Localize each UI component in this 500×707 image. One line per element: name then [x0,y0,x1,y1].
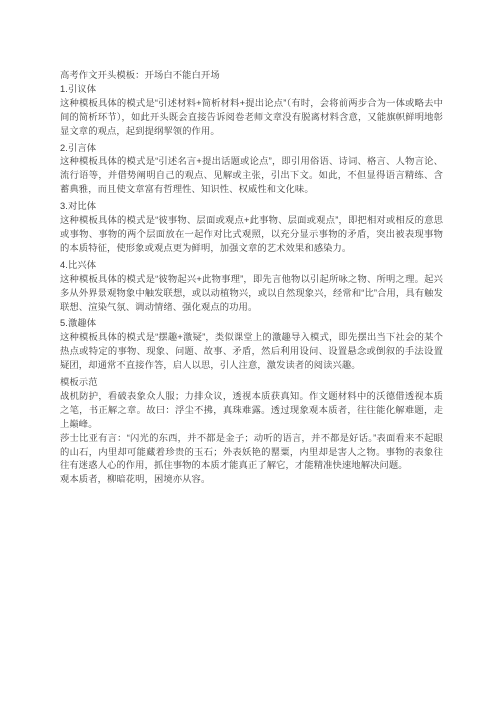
section-heading: 3.对比体 [60,200,443,214]
document-page: 高考作文开头模板：开场白不能白开场 1.引议体 这种模板具体的模式是“引述材料+… [0,0,500,707]
section-body: 这种模板具体的模式是“彼物起兴+此物事理”，即先言他物以引起所咏之物、所明之理。… [60,273,443,315]
section-body: 这种模板具体的模式是“引述名言+提出话题或论点”，即引用俗语、诗词、格言、人物言… [60,155,443,197]
section-heading: 1.引议体 [60,83,443,97]
page-title: 高考作文开头模板：开场白不能白开场 [60,69,443,83]
section-duibi: 3.对比体 这种模板具体的模式是“彼事物、层面或观点+此事物、层面或观点”，即把… [60,200,443,256]
section-bixing: 4.比兴体 这种模板具体的模式是“彼物起兴+此物事理”，即先言他物以引起所咏之物… [60,259,443,315]
section-body: 这种模板具体的模式是“引述材料+简析材料+提出论点”（有时，会将前两步合为一体或… [60,97,443,139]
section-body: 这种模板具体的模式是“彼事物、层面或观点+此事物、层面或观点”，即把相对或相反的… [60,214,443,256]
demo-paragraph: 战机防护，看破表象众人服；力排众议，透视本质获真知。作文题材料中的沃德借透视本质… [60,390,443,432]
section-heading: 2.引言体 [60,142,443,156]
section-jiqu: 5.激趣体 这种模板具体的模式是“摆趣+激疑”，类似课堂上的激趣导入模式，即先摆… [60,317,443,373]
demo-paragraph: 莎士比亚有言：“闪光的东西，并不都是金子；动听的语言，并不都是好话。”表面看来不… [60,432,443,474]
demo-heading: 模板示范 [60,376,443,390]
section-heading: 5.激趣体 [60,317,443,331]
section-yinyan: 2.引言体 这种模板具体的模式是“引述名言+提出话题或论点”，即引用俗语、诗词、… [60,142,443,198]
demo-paragraph: 观本质者，柳暗花明，困境亦从容。 [60,473,443,487]
section-heading: 4.比兴体 [60,259,443,273]
section-yinyi: 1.引议体 这种模板具体的模式是“引述材料+简析材料+提出论点”（有时，会将前两… [60,83,443,139]
section-body: 这种模板具体的模式是“摆趣+激疑”，类似课堂上的激趣导入模式，即先摆出当下社会的… [60,331,443,373]
